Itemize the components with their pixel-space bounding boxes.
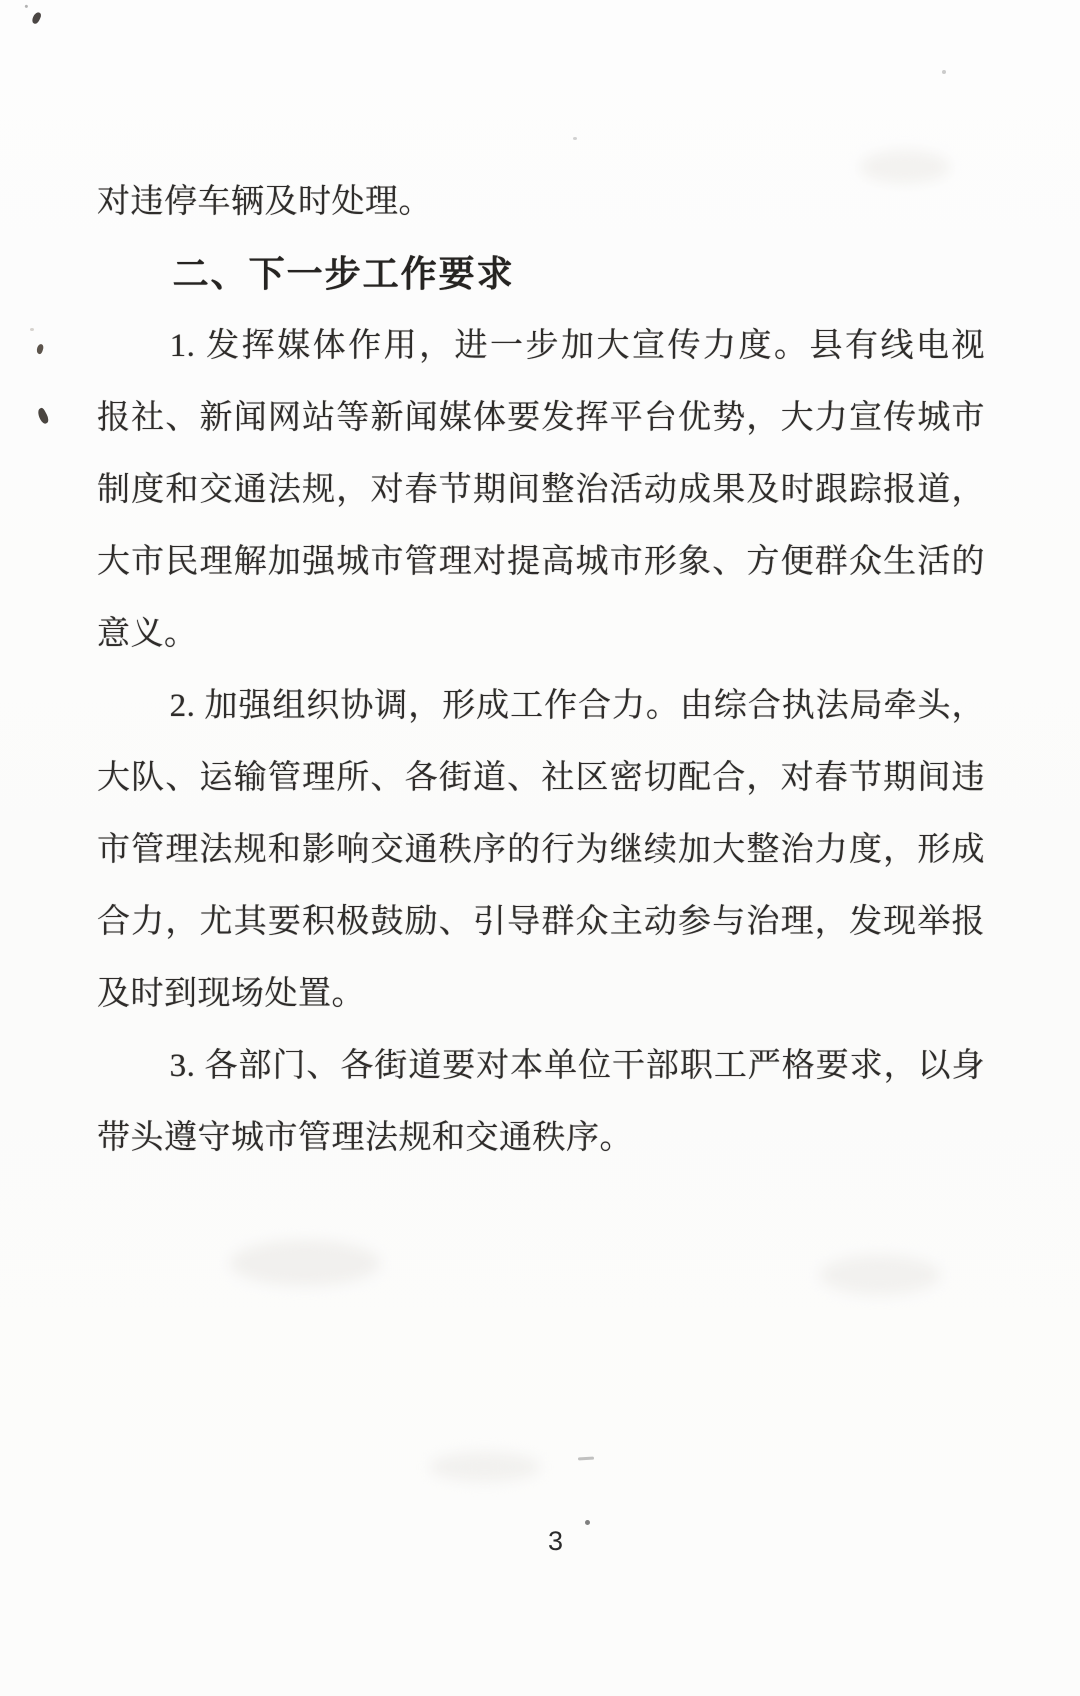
text-column: 对违停车辆及时处理。 二、下一步工作要求 1. 发挥媒体作用，进一步加大宣传力度… (97, 166, 985, 1174)
paragraph-1-line: 大市民理解加强城市管理对提高城市形象、方便群众生活的重要 (97, 526, 985, 598)
ink-mark-left-margin-2 (36, 407, 51, 425)
scan-smudge (230, 1240, 380, 1286)
scan-speck (573, 137, 577, 140)
scan-speck (942, 70, 946, 74)
paragraph-2-line: 合力，尤其要积极鼓励、引导群众主动参与治理，发现举报问题 (97, 886, 985, 958)
paragraph-1-line: 制度和交通法规，对春节期间整治活动成果及时跟踪报道，使广 (97, 454, 985, 526)
page-number: 3 (548, 1526, 563, 1557)
scan-smudge (430, 1452, 540, 1482)
paragraph-1-line: 意义。 (97, 598, 985, 670)
paragraph-2-line: 大队、运输管理所、各街道、社区密切配合，对春节期间违反城 (97, 742, 985, 814)
scanned-document-page: 对违停车辆及时处理。 二、下一步工作要求 1. 发挥媒体作用，进一步加大宣传力度… (0, 0, 1080, 1696)
paragraph-2-line: 及时到现场处置。 (97, 958, 985, 1030)
paragraph-continuation-line: 对违停车辆及时处理。 (97, 166, 985, 238)
section-heading: 二、下一步工作要求 (97, 238, 985, 310)
paragraph-2-line: 2. 加强组织协调，形成工作合力。由综合执法局牵头，交警 (97, 670, 985, 742)
paragraph-1-line: 1. 发挥媒体作用，进一步加大宣传力度。县有线电视台、县 (97, 310, 985, 382)
paragraph-1-line: 报社、新闻网站等新闻媒体要发挥平台优势，大力宣传城市管理 (97, 382, 985, 454)
paragraph-3-line: 带头遵守城市管理法规和交通秩序。 (97, 1102, 985, 1174)
paragraph-3-line: 3. 各部门、各街道要对本单位干部职工严格要求，以身作则， (97, 1030, 985, 1102)
paragraph-2-line: 市管理法规和影响交通秩序的行为继续加大整治力度，形成工作 (97, 814, 985, 886)
ink-mark-top-left (31, 11, 42, 25)
ink-mark-left-margin (36, 343, 45, 354)
scan-speck (30, 328, 34, 331)
scan-speck (585, 1520, 590, 1525)
scan-speck (578, 1457, 594, 1461)
scan-smudge (820, 1255, 940, 1295)
